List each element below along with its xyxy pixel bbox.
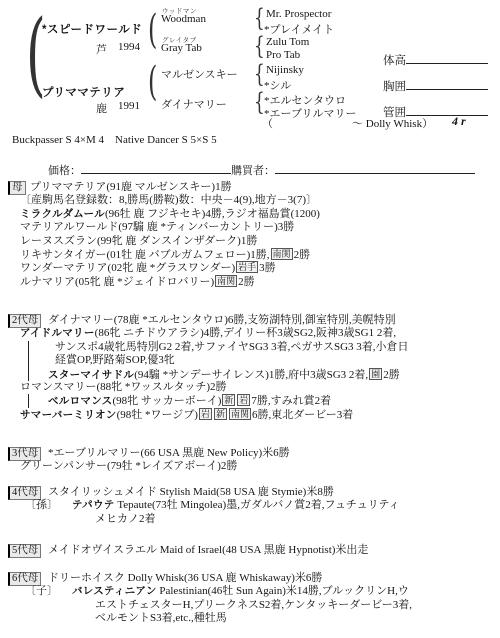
pedigree-text-line: 母プリママテリア(91鹿 マルゼンスキー)1勝 xyxy=(0,181,500,194)
generation-label: 2代母 xyxy=(8,314,41,328)
horse-name-bold: スターマイサドル xyxy=(48,369,134,381)
pedigree-catalog-page: ( ( ( { { { { *スピードワールド 芦 1994 ウッドマン Woo… xyxy=(0,0,500,638)
dam-coat: 鹿 xyxy=(96,100,107,116)
buyer-blank xyxy=(275,161,475,174)
generation-label: 6代母 xyxy=(8,572,41,586)
pedigree-text-line: 〔子〕バレスティニアン Palestinian(46牡 Sun Again)米1… xyxy=(0,585,500,598)
price-label: 価格： xyxy=(48,165,81,177)
regional-track-badge: 岩手 xyxy=(236,261,258,273)
pedigree-text: 〔子〕 xyxy=(25,585,58,597)
regional-track-badge: 南関 xyxy=(271,248,293,260)
pedigree-text-line: アイドルマリー(86牝 ニチドウアラシ)4勝,デイリー杯3歳SG2,阪神3歳SG… xyxy=(0,327,500,340)
gp-sill: *シル xyxy=(264,77,291,93)
pedigree-text: レーヌスズラン(99牝 鹿 ダンスインザダーク)1勝 xyxy=(20,235,257,247)
pedigree-text: ベルモントS3着,etc.,種牡馬 xyxy=(95,612,227,624)
pedigree-text: (94騸 *サンデーサイレンス)1勝,府中3歳SG3 2着, xyxy=(134,369,368,381)
pedigree-text-line: ルナマリア(05牝 鹿 *ジェイドロバリー)南関2勝 xyxy=(0,275,500,288)
pedigree-text: 6勝,東北ダービー3着 xyxy=(252,409,353,421)
gp-avril-marie: *エーブリルマリー xyxy=(264,105,357,121)
pedigree-text-line: 6代母ドリーホイスク Dolly Whisk(36 USA 鹿 Whiskawa… xyxy=(0,572,500,585)
section-sixth-dam: 6代母ドリーホイスク Dolly Whisk(36 USA 鹿 Whiskawa… xyxy=(0,572,500,626)
generation-label: 母 xyxy=(8,181,26,195)
price-blank xyxy=(81,161,231,174)
horse-name-bold: バレスティニアン xyxy=(72,585,157,597)
pedigree-text: ドリーホイスク Dolly Whisk(36 USA 鹿 Whiskaway)米… xyxy=(48,572,322,584)
pedigree-text-line: エストチェスターH,プリークネスS2着,ケンタッキーダービー3着, xyxy=(0,599,500,612)
pedigree-text: ワンダーマテリア(02牝 鹿 *グラスワンダー) xyxy=(20,262,235,274)
pedigree-text-line: ロマンスマリー(88牝 *ワッスルタッチ)2勝 xyxy=(0,381,500,394)
horse-name-bold: アイドルマリー xyxy=(20,327,95,339)
pedigree-text: ダイナマリー(78鹿 *エルセンタウロ)6勝,支笏湖特別,御室特別,美幌特別 xyxy=(48,314,396,326)
pedigree-text-line: グリーンパンサー(79牡 *レイズアボーイ)2勝 xyxy=(0,460,500,473)
pedigree-text: エストチェスターH,プリークネスS2着,ケンタッキーダービー3着, xyxy=(95,599,412,611)
pedigree-text-line: スターマイサドル(94騸 *サンデーサイレンス)1勝,府中3歳SG3 2着,園2… xyxy=(0,368,500,381)
indent-connector-line xyxy=(28,368,29,381)
pedigree-text-line: 3代母*エーブリルマリー(66 USA 黒鹿 New Policy)米6勝 xyxy=(0,447,500,460)
pedigree-text: グリーンパンサー(79牡 *レイズアボーイ)2勝 xyxy=(20,460,237,472)
pedigree-text: ルナマリア(05牝 鹿 *ジェイドロバリー) xyxy=(20,276,214,288)
pedigree-text-line: リキサンタイガー(01牡 鹿 バブルガムフェロー)1勝,南関2勝 xyxy=(0,248,500,261)
dam-dam-name: ダイナマリー xyxy=(161,96,227,112)
pedigree-text: マテリアルワールド(97騸 鹿 *ティンバーカントリー)3勝 xyxy=(20,221,294,233)
pedigree-text-line: レーヌスズラン(99牝 鹿 ダンスインザダーク)1勝 xyxy=(0,235,500,248)
horse-name-bold: テパウテ xyxy=(72,499,115,511)
pedigree-text: (96牡 鹿 フジキセキ)4勝,ラジオ福島賞(1200) xyxy=(105,208,320,220)
family-line-tail: ～ Dolly Whisk） xyxy=(352,115,433,131)
generation-label: 4代母 xyxy=(8,486,41,500)
sire-sire-name: Woodman xyxy=(161,13,206,25)
pedigree-text-line: サンスポ4歳牝馬特別G2 2着,サファイヤSG3 3着,ペガサスSG3 3着,小… xyxy=(0,341,500,354)
pedigree-text-line: 2代母ダイナマリー(78鹿 *エルセンタウロ)6勝,支笏湖特別,御室特別,美幌特… xyxy=(0,314,500,327)
section-fourth-dam: 4代母スタイリッシュメイド Stylish Maid(58 USA 鹿 Stym… xyxy=(0,486,500,526)
sale-row: 価格：購買者： xyxy=(48,161,475,178)
family-line-open: （ xyxy=(262,115,273,131)
horse-name-bold: ベルロマンス xyxy=(48,395,113,407)
pedigree-text: 7勝,すみれ賞2着 xyxy=(251,395,331,407)
indent-connector-line xyxy=(28,394,29,407)
regional-track-badge: 南関 xyxy=(229,408,251,420)
girth-label: 胸囲 xyxy=(383,81,406,93)
dam-parents-bracket: ( xyxy=(148,62,157,102)
sire-year: 1994 xyxy=(118,41,140,53)
pedigree-text: 3勝 xyxy=(259,262,276,274)
pedigree-text-line: ベルロマンス(98牝 サッカーボーイ)新岩7勝,すみれ賞2着 xyxy=(0,394,500,407)
gp-nijinsky: Nijinsky xyxy=(266,64,304,76)
pedigree-text: メヒカノ2着 xyxy=(95,513,156,525)
pedigree-text: リキサンタイガー(01牡 鹿 バブルガムフェロー)1勝, xyxy=(20,249,270,261)
pedigree-text: メイドオヴイスラエル Maid of Israel(48 USA 黒鹿 Hypn… xyxy=(48,544,368,556)
gp-playmate: *プレイメイト xyxy=(264,21,334,37)
sire-name: *スピードワールド xyxy=(42,21,142,37)
section-fifth-dam: 5代母メイドオヴイスラエル Maid of Israel(48 USA 黒鹿 H… xyxy=(0,544,500,557)
girth-blank xyxy=(406,77,488,90)
horse-name-bold: ミラクルダムール xyxy=(20,208,105,220)
sire-coat: 芦 xyxy=(96,41,107,57)
pedigree-text: 2勝 xyxy=(238,276,255,288)
section-third-dam: 3代母*エーブリルマリー(66 USA 黒鹿 New Policy)米6勝グリー… xyxy=(0,447,500,474)
pedigree-text-line: サマーバーミリオン(98牡 *ワージブ)岩新南関6勝,東北ダービー3着 xyxy=(0,408,500,421)
inbreeding-note: Buckpasser S 4×M 4 Native Dancer S 5×S 5 xyxy=(12,131,217,147)
height-label: 体高 xyxy=(383,55,406,67)
gp-mr-prospector: Mr. Prospector xyxy=(266,8,331,20)
pedigree-text: *エーブリルマリー(66 USA 黒鹿 New Policy)米6勝 xyxy=(48,447,290,459)
pedigree-text-line: 〔孫〕テパウテ Tepaute(73牡 Mingolea)墨,ガダルバノ賞2着,… xyxy=(0,499,500,512)
regional-track-badge: 新 xyxy=(222,394,235,406)
section-granddam: 2代母ダイナマリー(78鹿 *エルセンタウロ)6勝,支笏湖特別,御室特別,美幌特… xyxy=(0,314,500,421)
dam-sire-name: マルゼンスキー xyxy=(161,66,238,82)
buyer-label: 購買者： xyxy=(231,165,275,177)
section-dam: 母プリママテリア(91鹿 マルゼンスキー)1勝〔産駒馬名登録数：8,勝馬(勝鞍)… xyxy=(0,181,500,288)
pedigree-text-line: 4代母スタイリッシュメイド Stylish Maid(58 USA 鹿 Stym… xyxy=(0,486,500,499)
gp-pro-tab: Pro Tab xyxy=(266,49,300,61)
pedigree-text-line: 5代母メイドオヴイスラエル Maid of Israel(48 USA 黒鹿 H… xyxy=(0,544,500,557)
family-number: 4 r xyxy=(452,114,466,129)
pedigree-text-line: 経賞OP,野路菊SOP,優3牝 xyxy=(0,354,500,367)
pedigree-text: サンスポ4歳牝馬特別G2 2着,サファイヤSG3 3着,ペガサスSG3 3着,小… xyxy=(55,341,409,353)
regional-track-badge: 園 xyxy=(369,368,382,380)
regional-track-badge: 岩 xyxy=(237,394,250,406)
height-blank xyxy=(406,51,488,64)
pedigree-text: (86牝 ニチドウアラシ)4勝,デイリー杯3歳SG2,阪神3歳SG1 2着, xyxy=(95,327,396,339)
pedigree-text: (98牡 *ワージブ) xyxy=(117,409,198,421)
dam-name: プリママテリア xyxy=(42,84,125,100)
pedigree-text-line: マテリアルワールド(97騸 鹿 *ティンバーカントリー)3勝 xyxy=(0,221,500,234)
pedigree-text-line: 〔産駒馬名登録数：8,勝馬(勝鞍)数：中央－4(9),地方－3(7)〕 xyxy=(0,194,500,207)
pedigree-text: スタイリッシュメイド Stylish Maid(58 USA 鹿 Stymie)… xyxy=(48,486,334,498)
regional-track-badge: 南関 xyxy=(215,275,237,287)
pedigree-text: プリママテリア(91鹿 マルゼンスキー)1勝 xyxy=(30,181,232,193)
pedigree-text: Palestinian(46牡 Sun Again)米14勝,ブルックリンH,ウ xyxy=(157,585,409,597)
pedigree-text: 経賞OP,野路菊SOP,優3牝 xyxy=(55,354,175,366)
sire-grandparents-bracket-2: { xyxy=(254,34,265,58)
regional-track-badge: 岩 xyxy=(199,408,212,420)
pedigree-text: Tepaute(73牡 Mingolea)墨,ガダルバノ賞2着,フュチュリティ xyxy=(115,499,400,511)
pedigree-text: 〔産駒馬名登録数：8,勝馬(勝鞍)数：中央－4(9),地方－3(7)〕 xyxy=(20,194,317,206)
pedigree-text: ロマンスマリー(88牝 *ワッスルタッチ)2勝 xyxy=(20,381,227,393)
pedigree-text: 〔孫〕 xyxy=(25,499,58,511)
pedigree-text-line: ミラクルダムール(96牡 鹿 フジキセキ)4勝,ラジオ福島賞(1200) xyxy=(0,208,500,221)
pedigree-text-line: ベルモントS3着,etc.,種牡馬 xyxy=(0,612,500,625)
generation-label: 3代母 xyxy=(8,447,41,461)
gp-zulu-tom: Zulu Tom xyxy=(266,36,309,48)
measurement-row-girth: 胸囲 xyxy=(383,77,488,94)
dam-year: 1991 xyxy=(118,100,140,112)
generation-label: 5代母 xyxy=(8,544,41,558)
pedigree-text: (98牝 サッカーボーイ) xyxy=(113,395,222,407)
sire-dam-name: Gray Tab xyxy=(161,42,202,54)
measurement-row-height: 体高 xyxy=(383,51,488,68)
pedigree-text-line: メヒカノ2着 xyxy=(0,513,500,526)
pedigree-text: 2勝 xyxy=(294,249,311,261)
indent-connector-line xyxy=(28,341,29,354)
pedigree-text-line: ワンダーマテリア(02牝 鹿 *グラスワンダー)岩手3勝 xyxy=(0,261,500,274)
regional-track-badge: 新 xyxy=(214,408,227,420)
indent-connector-line xyxy=(28,354,29,367)
pedigree-text: 2勝 xyxy=(383,369,400,381)
sire-parents-bracket: ( xyxy=(148,10,157,50)
horse-name-bold: サマーバーミリオン xyxy=(20,409,117,421)
